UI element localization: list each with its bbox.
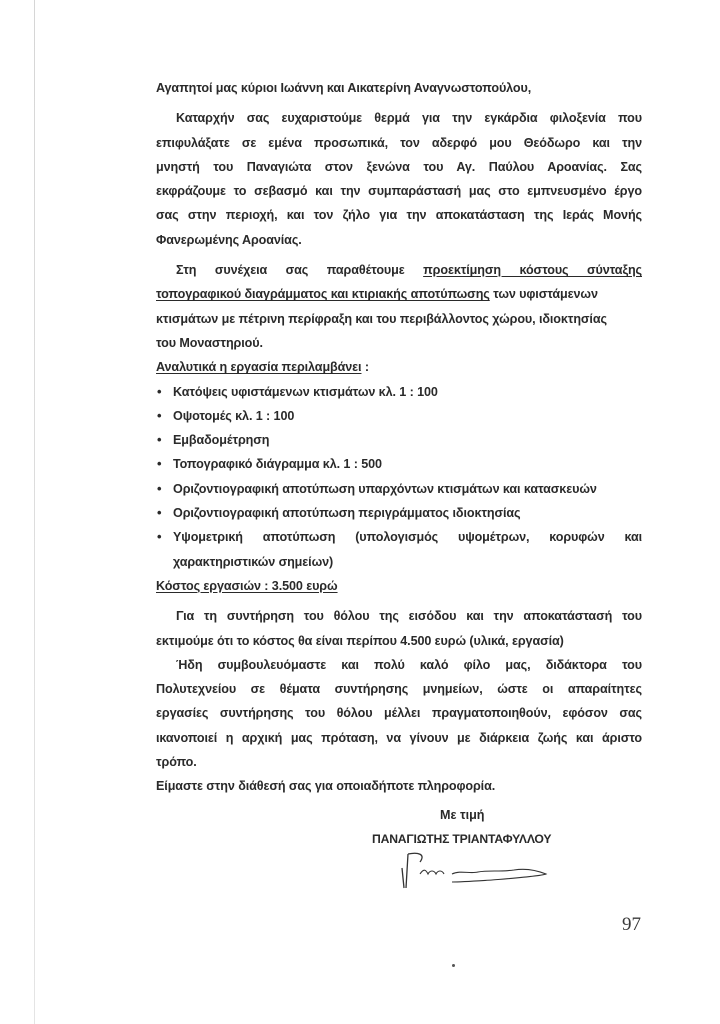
estimate-rest: των υφιστάμενων — [490, 287, 598, 301]
paragraph-line: του Μοναστηριού. — [156, 331, 642, 355]
paragraph-line: εκφράζουμε το σεβασμό και την συμπαράστα… — [156, 179, 642, 203]
list-item: Υψομετρική αποτύπωση (υπολογισμός υψομέτ… — [156, 525, 642, 574]
paragraph-line: εκτιμούμε ότι το κόστος θα είναι περίπου… — [156, 629, 642, 653]
paragraph-thanks: Καταρχήν σας ευχαριστούμε θερμά για την … — [156, 106, 642, 252]
list-item: Οριζοντιογραφική αποτύπωση υπαρχόντων κτ… — [156, 477, 642, 501]
list-item: Οψοτομές κλ. 1 : 100 — [156, 404, 642, 428]
paragraph-estimate: Στη συνέχεια σας παραθέτουμε προεκτίμηση… — [156, 258, 642, 355]
paragraph-line: τοπογραφικού διαγράμματος και κτιριακής … — [156, 282, 642, 306]
paragraph-line: Για τη συντήρηση του θόλου της εισόδου κ… — [156, 604, 642, 628]
paragraph-line: τρόπο. — [156, 750, 642, 774]
signoff: Με τιμή — [440, 808, 484, 822]
list-item-line: χαρακτηριστικών σημείων) — [173, 550, 642, 574]
scanned-letter-page: Αγαπητοί μας κύριοι Ιωάννη και Αικατερίν… — [0, 0, 720, 1024]
list-item: Εμβαδομέτρηση — [156, 428, 642, 452]
scan-edge-line — [34, 0, 35, 1024]
scan-speck — [452, 964, 455, 967]
paragraph-line: Καταρχήν σας ευχαριστούμε θερμά για την … — [156, 106, 642, 130]
estimate-underlined-1: προεκτίμηση κόστους σύνταξης — [423, 263, 642, 277]
paragraph-dome: Για τη συντήρηση του θόλου της εισόδου κ… — [156, 604, 642, 653]
salutation: Αγαπητοί μας κύριοι Ιωάννη και Αικατερίν… — [156, 76, 642, 100]
paragraph-line: Ήδη συμβουλευόμαστε και πολύ καλό φίλο μ… — [156, 653, 642, 677]
paragraph-line: κτισμάτων με πέτρινη περίφραξη και του π… — [156, 307, 642, 331]
paragraph-line: Φανερωμένης Αροανίας. — [156, 228, 642, 252]
closing-line: Είμαστε στην διάθεσή σας για οποιαδήποτε… — [156, 774, 642, 798]
works-heading-text: Αναλυτικά η εργασία περιλαμβάνει — [156, 360, 361, 374]
list-item: Οριζοντιογραφική αποτύπωση περιγράμματος… — [156, 501, 642, 525]
list-item: Κατόψεις υφιστάμενων κτισμάτων κλ. 1 : 1… — [156, 380, 642, 404]
list-item-line: Υψομετρική αποτύπωση (υπολογισμός υψομέτ… — [173, 525, 642, 549]
paragraph-line: ικανοποιεί η αρχική μας πρόταση, να γίνο… — [156, 726, 642, 750]
works-heading: Αναλυτικά η εργασία περιλαμβάνει : — [156, 355, 642, 379]
works-list: Κατόψεις υφιστάμενων κτισμάτων κλ. 1 : 1… — [156, 380, 642, 574]
letter-body: Αγαπητοί μας κύριοι Ιωάννη και Αικατερίν… — [156, 76, 642, 799]
cost-line: Κόστος εργασιών : 3.500 ευρώ — [156, 574, 642, 598]
estimate-underlined-2: τοπογραφικού διαγράμματος και κτιριακής … — [156, 287, 490, 301]
paragraph-line: Στη συνέχεια σας παραθέτουμε προεκτίμηση… — [156, 258, 642, 282]
paragraph-consult: Ήδη συμβουλευόμαστε και πολύ καλό φίλο μ… — [156, 653, 642, 774]
list-item: Τοπογραφικό διάγραμμα κλ. 1 : 500 — [156, 452, 642, 476]
paragraph-line: εργασίες συντήρησης του θόλου μέλλει πρα… — [156, 701, 642, 725]
signature-icon — [396, 840, 596, 890]
paragraph-line: επιφυλάξατε σε εμένα προσωπικά, τον αδερ… — [156, 131, 642, 155]
paragraph-line: μνηστή του Παναγιώτα στον ξενώνα του Αγ.… — [156, 155, 642, 179]
paragraph-line: Πολυτεχνείου σε θέματα συντήρησης μνημεί… — [156, 677, 642, 701]
estimate-intro: Στη συνέχεια σας παραθέτουμε — [176, 263, 405, 277]
paragraph-line: σας στην περιοχή, και τον ζήλο για την α… — [156, 203, 642, 227]
page-number: 97 — [622, 914, 641, 936]
works-heading-colon: : — [361, 360, 369, 374]
